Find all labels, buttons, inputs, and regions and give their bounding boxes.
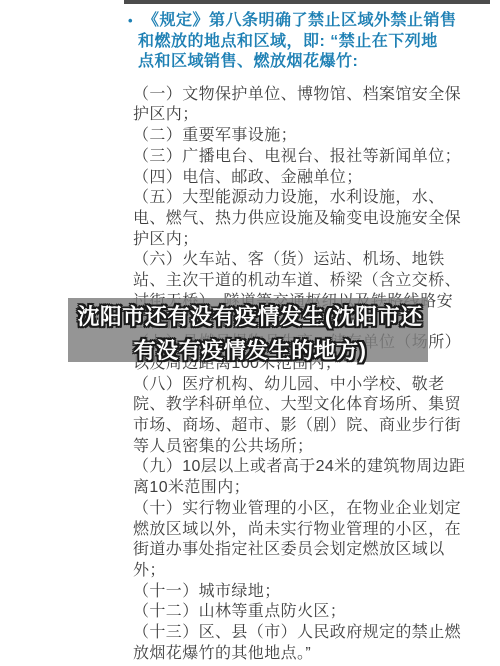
body-line: （十）实行物业管理的小区，在物业企业划定 [133,499,470,520]
body-line: （八）医疗机构、幼儿园、中小学校、敬老 [133,375,470,396]
body-line: 街道办事处指定社区委员会划定燃放区域以 [133,540,470,561]
body-line: 护区内； [133,230,470,251]
article-page: • 《规定》第八条明确了禁止区域外禁止销售 和燃放的地点和区域，即: “禁止在下… [0,0,500,666]
prohibited-locations-list: （一）文物保护单位、博物馆、档案馆安全保 护区内； （二）重要军事设施； （三）… [133,85,470,665]
body-line: 站、主次干道的机动车道、桥梁（含立交桥、 [133,271,470,292]
divider-strip [124,0,490,4]
body-line: 院、教学科研单位、大型文化体育场所、集贸 [133,395,470,416]
heading-line: 和燃放的地点和区域，即: “禁止在下列地 [138,32,470,53]
body-line: （十二）山林等重点防火区； [133,602,470,623]
watermark-title-line: 有没有疫情发生的地方) [0,334,500,368]
body-line: （二）重要军事设施； [133,126,470,147]
body-line: （九）10层以上或者高于24米的建筑物周边距 [133,457,470,478]
heading-line: 点和区域销售、燃放烟花爆竹: [138,52,470,73]
body-line: （十一）城市绿地； [133,582,470,603]
body-line: 放烟花爆竹的其他地点。” [133,644,470,665]
body-line: （三）广播电台、电视台、报社等新闻单位； [133,147,470,168]
heading-line: 《规定》第八条明确了禁止区域外禁止销售 [138,11,470,32]
bullet-icon: • [128,11,133,32]
body-line: （十三）区、县（市）人民政府规定的禁止燃 [133,623,470,644]
body-line: 外； [133,561,470,582]
body-line: 离10米范围内； [133,478,470,499]
body-line: （四）电信、邮政、金融单位； [133,168,470,189]
body-line: 电、燃气、热力供应设施及输变电设施安全保 [133,209,470,230]
body-line: 护区内； [133,105,470,126]
body-line: 市场、商场、超市、影（剧）院、商业步行街 [133,416,470,437]
body-line: （一）文物保护单位、博物馆、档案馆安全保 [133,85,470,106]
watermark-title: 沈阳市还有没有疫情发生(沈阳市还 有没有疫情发生的地方) [0,300,500,368]
body-line: 等人员密集的公共场所； [133,437,470,458]
body-line: （六）火车站、客（货）运站、机场、地铁 [133,250,470,271]
body-line: 燃放区域以外，尚未实行物业管理的小区，在 [133,520,470,541]
body-line: （五）大型能源动力设施，水利设施，水、 [133,188,470,209]
watermark-title-line: 沈阳市还有没有疫情发生(沈阳市还 [0,300,500,334]
regulation-heading: • 《规定》第八条明确了禁止区域外禁止销售 和燃放的地点和区域，即: “禁止在下… [138,11,470,73]
